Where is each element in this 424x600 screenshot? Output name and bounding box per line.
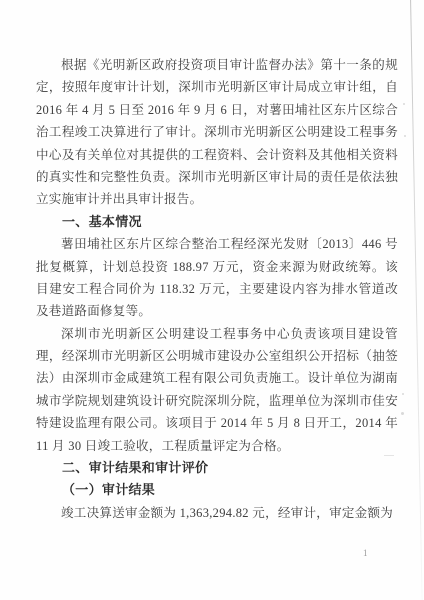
scan-dash-artifact — [384, 455, 394, 456]
scan-speck — [403, 103, 405, 105]
text-line: 根据《光明新区政府投资项目审计监督办法》第十一条的规 — [36, 54, 398, 76]
text-line: 及巷道路面修复等。 — [36, 300, 398, 322]
page-number: 1 — [363, 548, 368, 558]
text-line: 2016 年 4 月 5 日至 2016 年 9 月 6 日，对薯田埔社区东片区… — [36, 99, 398, 121]
text-line: 批复概算，计划总投资 188.97 万元，资金来源为财政统筹。该项 — [36, 256, 398, 278]
text-line: 竣工决算送审金额为 1,363,294.82 元，经审计，审定金额为 — [36, 502, 398, 524]
scan-edge-artifact-line — [410, 0, 423, 600]
text-line: 中心及有关单位对其提供的工程资料、会计资料及其他相关资料 — [36, 144, 398, 166]
text-line: 深圳市光明新区公明建设工程事务中心负责该项目建设管 — [36, 323, 398, 345]
scanned-document-page: 根据《光明新区政府投资项目审计监督办法》第十一条的规 定，按照年度审计计划，深圳… — [0, 0, 424, 600]
scan-speck — [404, 135, 406, 137]
text-line: 的真实性和完整性负责。深圳市光明新区审计局的责任是依法独 — [36, 166, 398, 188]
section-heading-basic-info: 一、基本情况 — [36, 211, 398, 233]
scan-speck — [401, 412, 404, 415]
text-line: 理，经深圳市光明新区公明城市建设办公室组织公开招标（抽签 — [36, 345, 398, 367]
text-line: 目建安工程合同价为 118.32 万元，主要建设内容为排水管道改造 — [36, 278, 398, 300]
scan-speck — [402, 393, 404, 395]
section-heading-audit-results: 二、审计结果和审计评价 — [36, 457, 398, 479]
text-line: 治工程竣工决算进行了审计。深圳市光明新区公明建设工程事务 — [36, 121, 398, 143]
text-line: 城市学院规划建筑设计研究院深圳分院，监理单位为深圳市佳安 — [36, 390, 398, 412]
text-line: 立实施审计并出具审计报告。 — [36, 188, 398, 210]
text-line: 特建设监理有限公司。该项目于 2014 年 5 月 8 日开工，2014 年 — [36, 412, 398, 434]
text-line: 11 月 30 日竣工验收，工程质量评定为合格。 — [36, 435, 398, 457]
text-line: 定，按照年度审计计划，深圳市光明新区审计局成立审计组，自 — [36, 76, 398, 98]
text-line: 薯田埔社区东片区综合整治工程经深光发财〔2013〕446 号文 — [36, 233, 398, 255]
document-body: 根据《光明新区政府投资项目审计监督办法》第十一条的规 定，按照年度审计计划，深圳… — [36, 54, 398, 524]
subsection-heading-audit-result: （一）审计结果 — [36, 479, 398, 501]
text-line: 法）由深圳市金咸建筑工程有限公司负责施工。设计单位为湖南 — [36, 367, 398, 389]
